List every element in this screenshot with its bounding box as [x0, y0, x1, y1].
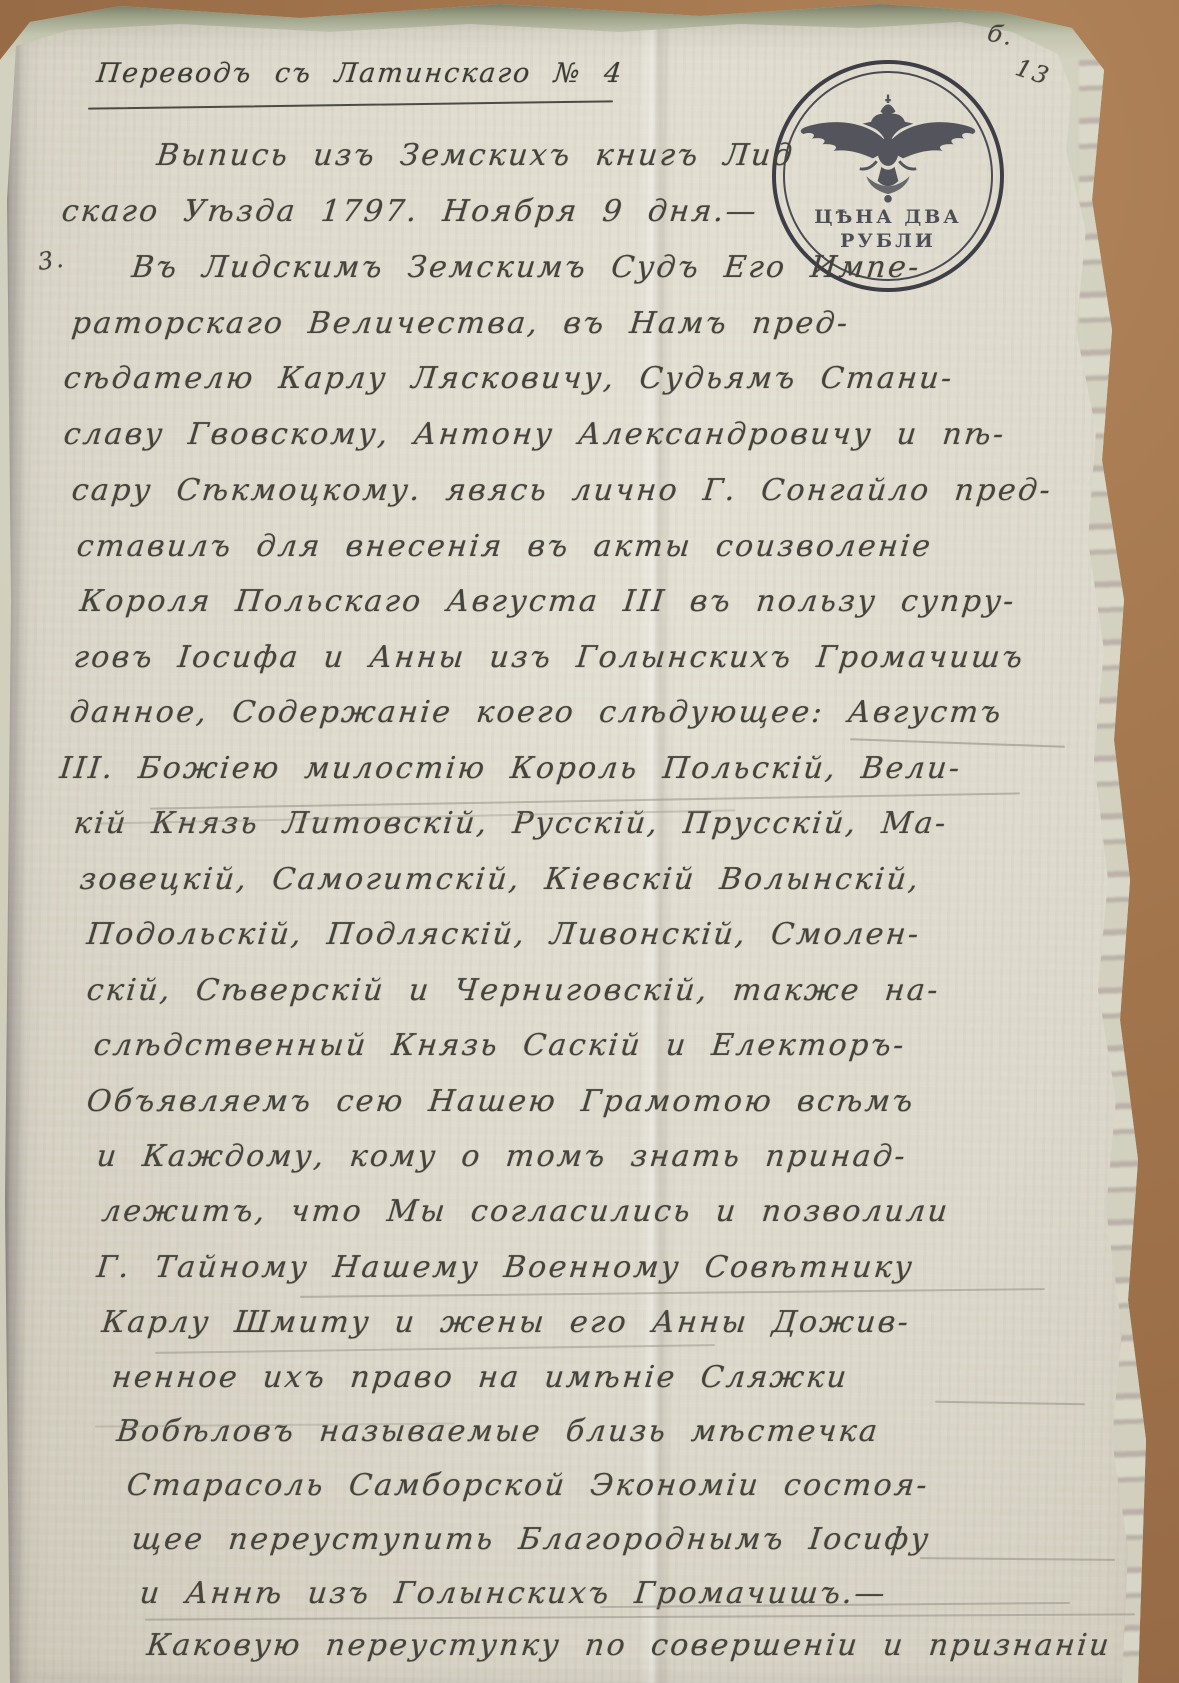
header-underline	[88, 100, 613, 109]
manuscript-line: Въ Лидскимъ Земскимъ Судъ Его Импе-	[130, 250, 923, 285]
manuscript-line: зовецкій, Самогитскій, Кіевскій Волынскі…	[78, 862, 922, 897]
manuscript-line: Карлу Шмиту и жены его Анны Дожив-	[100, 1305, 912, 1340]
stamp-price-line2: РУБЛИ	[772, 230, 1004, 252]
manuscript-line: Подольскій, Подляскій, Ливонскій, Смолен…	[85, 917, 922, 952]
pencil-underline	[920, 1557, 1115, 1561]
margin-number: 3.	[36, 244, 67, 276]
manuscript-line: Вобѣловъ называемые близь мѣстечка	[115, 1414, 881, 1449]
pencil-underline	[935, 1401, 1085, 1406]
manuscript-line: Выпись изъ Земскихъ книгъ Лид	[155, 138, 796, 173]
page-content: Переводъ съ Латинскаго № 4 б. 13 3.	[0, 0, 1179, 1683]
manuscript-line: сару Сѣкмоцкому. явясь лично Г. Сонгайло…	[70, 473, 1054, 508]
manuscript-line: III. Божіею милостію Король Польскій, Ве…	[58, 751, 963, 786]
page-title: Переводъ съ Латинскаго № 4	[95, 58, 625, 89]
manuscript-line: ставилъ для внесенія въ акты соизволеніе	[75, 529, 934, 564]
pencil-underline	[145, 1613, 1135, 1620]
manuscript-line: скаго Уѣзда 1797. Ноября 9 дня.—	[60, 194, 760, 229]
manuscript-line: сѣдателю Карлу Лясковичу, Судьямъ Стани-	[62, 361, 956, 396]
manuscript-line: раторскаго Величества, въ Намъ пред-	[70, 306, 851, 341]
manuscript-line: славу Гвовскому, Антону Александровичу и…	[62, 417, 1008, 452]
manuscript-line: Каковую переуступку по совершеніи и приз…	[145, 1628, 1113, 1663]
manuscript-line: лежитъ, что Мы согласились и позволили	[100, 1194, 951, 1229]
manuscript-line: и Каждому, кому о томъ знать принад-	[95, 1139, 909, 1174]
manuscript-line: Короля Польскаго Августа III въ пользу с…	[78, 584, 1018, 619]
page-number: 13	[1012, 53, 1054, 91]
manuscript-line: щее переуступить Благороднымъ Іосифу	[130, 1522, 932, 1557]
manuscript-line: говъ Іосифа и Анны изъ Голынскихъ Громач…	[72, 640, 1026, 675]
manuscript-line: Объявляемъ сею Нашею Грамотою всѣмъ	[85, 1084, 917, 1119]
corner-note: б.	[985, 19, 1017, 52]
manuscript-line: кій Князь Литовскій, Русскій, Прусскій, …	[72, 806, 949, 841]
manuscript-line: слѣдственный Князь Саскій и Електоръ-	[92, 1028, 908, 1063]
pencil-underline	[155, 1344, 715, 1354]
manuscript-line: скій, Сѣверскій и Черниговскій, также на…	[85, 973, 942, 1008]
manuscript-line: Г. Тайному Нашему Военному Совѣтнику	[95, 1250, 916, 1285]
pencil-underline	[300, 1288, 1045, 1298]
stamp-price-line1: ЦѢНА ДВА	[772, 206, 1004, 228]
manuscript-line: данное, Содержаніе коего слѣдующее: Авгу…	[68, 695, 1005, 730]
manuscript-line: Старасоль Самборской Экономіи состоя-	[125, 1468, 931, 1503]
manuscript-photo: Переводъ съ Латинскаго № 4 б. 13 3.	[0, 0, 1179, 1683]
double-headed-eagle-icon	[794, 86, 982, 212]
pencil-underline	[850, 738, 1065, 748]
manuscript-line: ненное ихъ право на имѣніе Сляжки	[110, 1360, 850, 1395]
